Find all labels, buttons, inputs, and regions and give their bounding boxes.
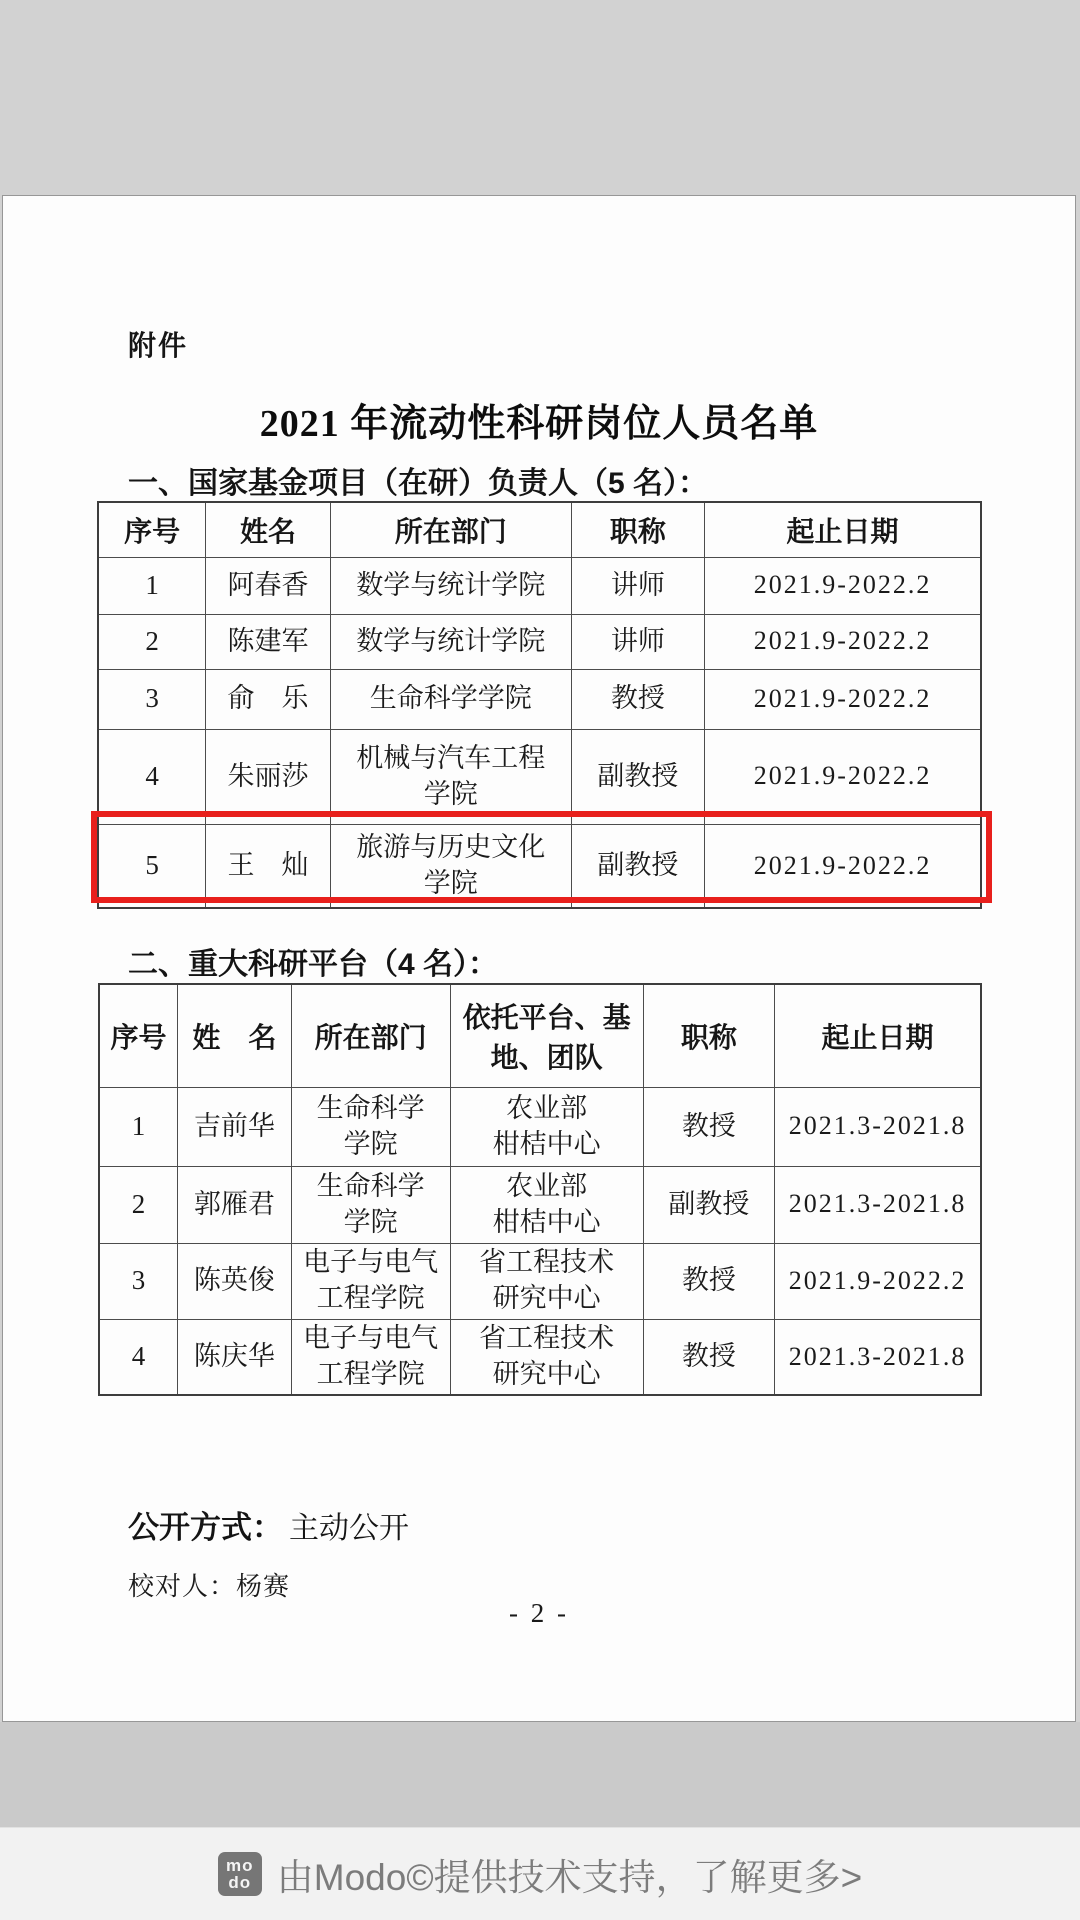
col-header-dates: 起止日期: [705, 502, 981, 557]
col-header-title: 职称: [571, 502, 704, 557]
table-cell: 2: [99, 1166, 177, 1243]
table-cell: 电子与电气 工程学院: [291, 1319, 450, 1395]
table-cell: 4: [99, 1319, 177, 1395]
footer-link[interactable]: 由Modo©提供技术支持，了解更多>: [277, 1847, 862, 1901]
table-cell: 朱丽莎: [206, 729, 331, 824]
footer-bar: mo do 由Modo©提供技术支持，了解更多>: [0, 1827, 1080, 1920]
table-cell: 1: [99, 1087, 177, 1166]
publish-method-line: 公开方式：主动公开: [128, 1502, 409, 1547]
highlight-box-row5: [91, 811, 992, 903]
table-cell: 4: [98, 729, 206, 824]
modo-logo-line2: do: [228, 1874, 251, 1891]
col-header-title: 职称: [643, 984, 774, 1087]
document-page: 附件 2021 年流动性科研岗位人员名单 一、国家基金项目（在研）负责人（5 名…: [2, 195, 1076, 1722]
table-cell: 生命科学 学院: [291, 1087, 450, 1166]
table-cell: 2021.3-2021.8: [775, 1319, 981, 1395]
col-header-name: 姓 名: [177, 984, 291, 1087]
table-cell: 2021.9-2022.2: [705, 614, 981, 669]
table-cell: 农业部 柑桔中心: [450, 1166, 643, 1243]
col-header-platform: 依托平台、基 地、团队: [450, 984, 643, 1087]
background-strip: [0, 1722, 1080, 1827]
table-cell: 生命科学 学院: [291, 1166, 450, 1243]
section1-heading: 一、国家基金项目（在研）负责人（5 名）：: [128, 458, 708, 502]
table-row: 1吉前华生命科学 学院农业部 柑桔中心教授2021.3-2021.8: [99, 1087, 981, 1166]
table2-header-row: 序号 姓 名 所在部门 依托平台、基 地、团队 职称 起止日期: [99, 984, 981, 1087]
col-header-index: 序号: [99, 984, 177, 1087]
table-cell: 教授: [643, 1319, 774, 1395]
table-cell: 2021.3-2021.8: [775, 1166, 981, 1243]
table-row: 3陈英俊电子与电气 工程学院省工程技术 研究中心教授2021.9-2022.2: [99, 1243, 981, 1319]
table-cell: 2021.9-2022.2: [705, 669, 981, 729]
table-cell: 2021.9-2022.2: [775, 1243, 981, 1319]
table-cell: 讲师: [571, 614, 704, 669]
table-cell: 数学与统计学院: [330, 557, 571, 614]
table-row: 1阿春香数学与统计学院讲师2021.9-2022.2: [98, 557, 981, 614]
col-header-dates: 起止日期: [775, 984, 981, 1087]
table-cell: 副教授: [571, 729, 704, 824]
screen: 附件 2021 年流动性科研岗位人员名单 一、国家基金项目（在研）负责人（5 名…: [0, 0, 1080, 1920]
table-cell: 教授: [643, 1243, 774, 1319]
document-title: 2021 年流动性科研岗位人员名单: [3, 392, 1075, 447]
table-cell: 教授: [571, 669, 704, 729]
table-cell: 农业部 柑桔中心: [450, 1087, 643, 1166]
table-cell: 教授: [643, 1087, 774, 1166]
table-row: 2陈建军数学与统计学院讲师2021.9-2022.2: [98, 614, 981, 669]
table-cell: 郭雁君: [177, 1166, 291, 1243]
table-cell: 2: [98, 614, 206, 669]
table-cell: 2021.9-2022.2: [705, 729, 981, 824]
table-cell: 电子与电气 工程学院: [291, 1243, 450, 1319]
table-cell: 陈庆华: [177, 1319, 291, 1395]
modo-logo-line1: mo: [226, 1857, 254, 1874]
modo-logo-icon: mo do: [218, 1852, 262, 1896]
publish-method-value: 主动公开: [289, 1512, 409, 1545]
table-row: 2郭雁君生命科学 学院农业部 柑桔中心副教授2021.3-2021.8: [99, 1166, 981, 1243]
col-header-index: 序号: [98, 502, 206, 557]
table-cell: 陈英俊: [177, 1243, 291, 1319]
table-cell: 1: [98, 557, 206, 614]
table-cell: 省工程技术 研究中心: [450, 1243, 643, 1319]
table-cell: 2021.3-2021.8: [775, 1087, 981, 1166]
table-cell: 3: [99, 1243, 177, 1319]
table-cell: 副教授: [643, 1166, 774, 1243]
col-header-department: 所在部门: [330, 502, 571, 557]
table-cell: 生命科学学院: [330, 669, 571, 729]
section2-heading: 二、重大科研平台（4 名）：: [128, 939, 498, 983]
table-cell: 数学与统计学院: [330, 614, 571, 669]
table-cell: 省工程技术 研究中心: [450, 1319, 643, 1395]
table-cell: 3: [98, 669, 206, 729]
col-header-name: 姓名: [206, 502, 331, 557]
table-cell: 2021.9-2022.2: [705, 557, 981, 614]
table-cell: 俞 乐: [206, 669, 331, 729]
table-row: 3俞 乐生命科学学院教授2021.9-2022.2: [98, 669, 981, 729]
table1-header-row: 序号 姓名 所在部门 职称 起止日期: [98, 502, 981, 557]
table-row: 4陈庆华电子与电气 工程学院省工程技术 研究中心教授2021.3-2021.8: [99, 1319, 981, 1395]
table-row: 4朱丽莎机械与汽车工程 学院副教授2021.9-2022.2: [98, 729, 981, 824]
table-cell: 吉前华: [177, 1087, 291, 1166]
table-cell: 机械与汽车工程 学院: [330, 729, 571, 824]
table-cell: 讲师: [571, 557, 704, 614]
page-number: - 2 -: [3, 1598, 1075, 1629]
table-major-research-platform: 序号 姓 名 所在部门 依托平台、基 地、团队 职称 起止日期 1吉前华生命科学…: [98, 983, 982, 1396]
publish-method-label: 公开方式：: [128, 1510, 283, 1545]
table-cell: 陈建军: [206, 614, 331, 669]
col-header-department: 所在部门: [291, 984, 450, 1087]
table-cell: 阿春香: [206, 557, 331, 614]
attachment-label: 附件: [128, 324, 188, 364]
